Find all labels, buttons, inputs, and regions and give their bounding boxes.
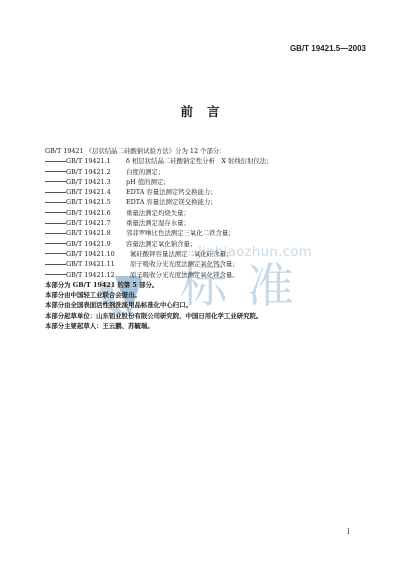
part-code: GB/T 19421.9 xyxy=(66,239,126,249)
part-title: 邻菲罗啉比色法测定三氧化二铁含量； xyxy=(126,229,235,237)
part-code: GB/T 19421.10 xyxy=(66,249,130,259)
part-title: 重量法测定湿存水量； xyxy=(126,219,190,227)
paragraph-proposer: 本部分由中国轻工业联合会提出。 xyxy=(45,290,365,300)
em-dash xyxy=(45,181,66,182)
part-title: pH 值的测定； xyxy=(126,178,170,186)
page-title: 前言 xyxy=(0,102,400,120)
part-item: GB/T 19421.6重量法测定灼烧失量； xyxy=(45,208,365,218)
part-code: GB/T 19421.2 xyxy=(66,167,126,177)
paragraph-drafting-units: 本部分起草单位：山东铝业股份有限公司研究院、中国日用化学工业研究院。 xyxy=(45,311,365,321)
part-item: GB/T 19421.7重量法测定湿存水量； xyxy=(45,218,365,228)
paragraph-drafters: 本部分主要起草人：王云鹏、苏毓瑞。 xyxy=(45,321,365,331)
em-dash xyxy=(45,223,66,224)
part-code: GB/T 19421.4 xyxy=(66,187,126,197)
part-title: 氟硅酸钾容量法测定二氧化硅含量； xyxy=(130,250,232,258)
part-title: 白度的测定； xyxy=(126,168,164,176)
em-dash xyxy=(45,233,66,234)
part-title: EDTA 容量法测定镁交换能力； xyxy=(126,198,217,206)
standard-code-header: GB/T 19421.5—2003 xyxy=(290,44,366,53)
part-item: GB/T 19421.12原子吸收分光光度法测定氧化镁含量。 xyxy=(45,270,365,280)
part-item: GB/T 19421.3pH 值的测定； xyxy=(45,177,365,187)
part-item: GB/T 19421.2白度的测定； xyxy=(45,167,365,177)
em-dash xyxy=(45,243,66,244)
foreword-body: GB/T 19421 《层状结晶二硅酸钠试验方法》分为 12 个部分： GB/T… xyxy=(45,146,365,331)
em-dash xyxy=(45,161,66,162)
part-title: EDTA 容量法测定钙交换能力； xyxy=(126,188,217,196)
part-code: GB/T 19421.11 xyxy=(66,259,130,269)
part-title: 容量法测定氧化钠含量； xyxy=(126,240,196,248)
part-code: GB/T 19421.12 xyxy=(66,270,130,280)
part-title: δ 相层状结晶二硅酸钠定性分析 X 射线衍射仪法； xyxy=(126,157,273,165)
em-dash xyxy=(45,274,66,275)
part-item: GB/T 19421.10氟硅酸钾容量法测定二氧化硅含量； xyxy=(45,249,365,259)
page-number: I xyxy=(347,528,350,536)
part-code: GB/T 19421.1 xyxy=(66,156,126,166)
part-item: GB/T 19421.11原子吸收分光光度法测定氧化钙含量； xyxy=(45,259,365,269)
part-title: 原子吸收分光光度法测定氧化镁含量。 xyxy=(130,271,239,279)
paragraph-part-number: 本部分为 GB/T 19421 的第 5 部分。 xyxy=(45,280,365,290)
part-code: GB/T 19421.8 xyxy=(66,228,126,238)
part-code: GB/T 19421.5 xyxy=(66,197,126,207)
part-code: GB/T 19421.3 xyxy=(66,177,126,187)
em-dash xyxy=(45,264,66,265)
part-item: GB/T 19421.8邻菲罗啉比色法测定三氧化二铁含量； xyxy=(45,228,365,238)
part-item: GB/T 19421.4EDTA 容量法测定钙交换能力； xyxy=(45,187,365,197)
em-dash xyxy=(45,171,66,172)
em-dash xyxy=(45,253,66,254)
part-title: 重量法测定灼烧失量； xyxy=(126,209,190,217)
em-dash xyxy=(45,212,66,213)
part-item: GB/T 19421.1δ 相层状结晶二硅酸钠定性分析 X 射线衍射仪法； xyxy=(45,156,365,166)
part-item: GB/T 19421.9容量法测定氧化钠含量； xyxy=(45,239,365,249)
part-code: GB/T 19421.7 xyxy=(66,218,126,228)
paragraph-administrator: 本部分由全国表面活性剂洗涤用品标准化中心归口。 xyxy=(45,300,365,310)
part-item: GB/T 19421.5EDTA 容量法测定镁交换能力； xyxy=(45,197,365,207)
em-dash xyxy=(45,192,66,193)
part-code: GB/T 19421.6 xyxy=(66,208,126,218)
intro-line: GB/T 19421 《层状结晶二硅酸钠试验方法》分为 12 个部分： xyxy=(45,146,365,156)
part-title: 原子吸收分光光度法测定氧化钙含量； xyxy=(130,260,239,268)
em-dash xyxy=(45,202,66,203)
